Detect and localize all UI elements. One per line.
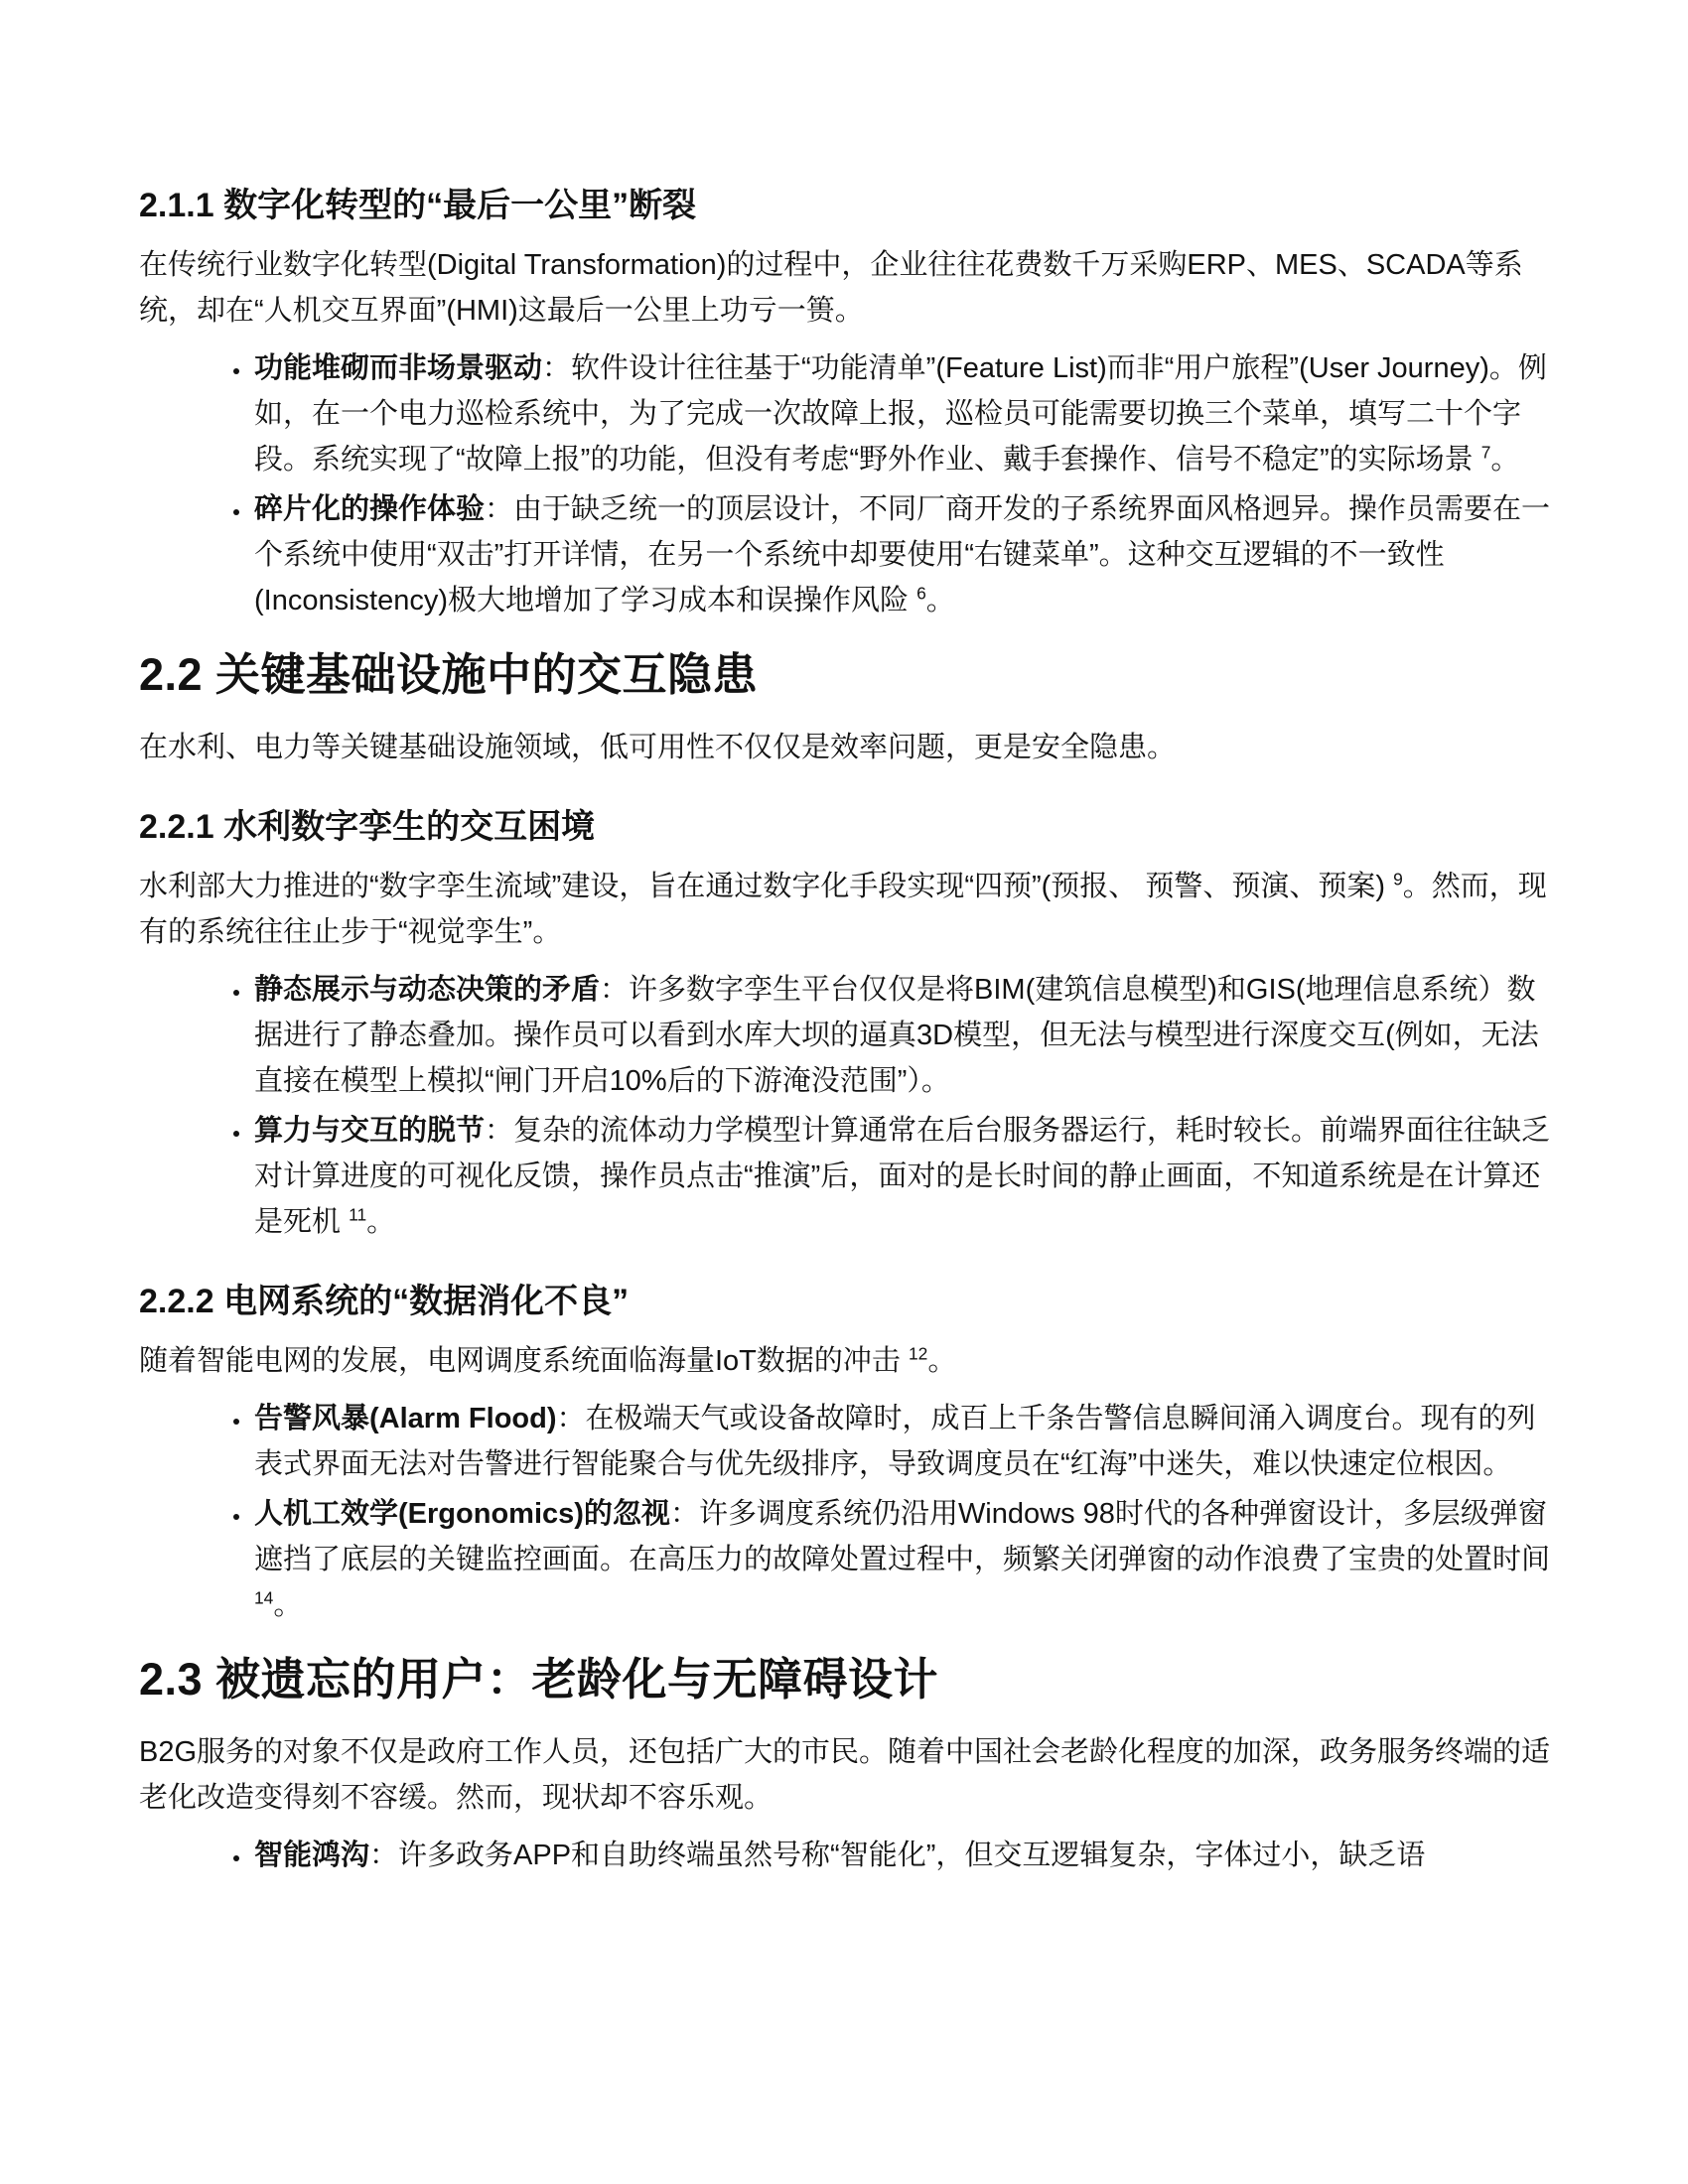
list-item: 告警风暴(Alarm Flood)：在极端天气或设备故障时，成百上千条告警信息瞬…: [252, 1396, 1551, 1487]
bold-text-segment: 静态展示与动态决策的矛盾: [254, 974, 600, 1006]
heading-2-3: 2.3 被遗忘的用户：老龄化与无障碍设计: [139, 1652, 1551, 1707]
document-page: 2.1.1 数字化转型的“最后一公里”断裂 在传统行业数字化转型(Digital…: [0, 0, 1688, 2184]
bold-text-segment: Alarm Flood: [379, 1403, 547, 1434]
paragraph-2-2: 在水利、电力等关键基础设施领域，低可用性不仅仅是效率问题，更是安全隐患。: [139, 725, 1551, 770]
bold-text-segment: 功能堆砌而非场景驱动: [254, 352, 542, 384]
list-item: 人机工效学(Ergonomics)的忽视：许多调度系统仍沿用Windows 98…: [252, 1491, 1551, 1628]
list-item: 碎片化的操作体验：由于缺乏统一的顶层设计，不同厂商开发的子系统界面风格迥异。操作…: [252, 486, 1551, 623]
bullet-list-2-2-2: 告警风暴(Alarm Flood)：在极端天气或设备故障时，成百上千条告警信息瞬…: [139, 1396, 1551, 1628]
text-segment: 。: [366, 1206, 395, 1238]
superscript-citation: 6: [916, 583, 926, 603]
bullet-list-2-1-1: 功能堆砌而非场景驱动：软件设计往往基于“功能清单”(Feature List)而…: [139, 345, 1551, 623]
text-segment: 在水利、电力等关键基础设施领域，低可用性不仅仅是效率问题，更是安全隐患。: [139, 732, 1176, 763]
paragraph-2-1-1: 在传统行业数字化转型(Digital Transformation)的过程中，企…: [139, 242, 1551, 334]
bullet-list-2-2-1: 静态展示与动态决策的矛盾：许多数字孪生平台仅仅是将BIM(建筑信息模型)和GIS…: [139, 967, 1551, 1245]
superscript-citation: 14: [254, 1587, 273, 1607]
list-item: 功能堆砌而非场景驱动：软件设计往往基于“功能清单”(Feature List)而…: [252, 345, 1551, 482]
list-item: 智能鸿沟：许多政务APP和自助终端虽然号称“智能化”，但交互逻辑复杂，字体过小，…: [252, 1833, 1551, 1878]
text-segment: ：许多政务APP和自助终端虽然号称“智能化”，但交互逻辑复杂，字体过小，缺乏语: [369, 1840, 1425, 1871]
text-segment: 。: [1490, 444, 1519, 476]
bold-text-segment: 智能鸿沟: [254, 1840, 369, 1871]
heading-2-2-1: 2.2.1 水利数字孪生的交互困境: [139, 806, 1551, 848]
heading-2-2: 2.2 关键基础设施中的交互隐患: [139, 647, 1551, 703]
paragraph-2-2-1: 水利部大力推进的“数字孪生流域”建设，旨在通过数字化手段实现“四预”(预报、 预…: [139, 864, 1551, 955]
heading-2-2-2: 2.2.2 电网系统的“数据消化不良”: [139, 1281, 1551, 1322]
bold-text-segment: 算力与交互的脱节: [254, 1115, 485, 1147]
text-segment: 。: [926, 585, 955, 616]
text-segment: 随着智能电网的发展，电网调度系统面临海量IoT数据的冲击: [139, 1345, 909, 1377]
paragraph-2-2-2: 随着智能电网的发展，电网调度系统面临海量IoT数据的冲击 12。: [139, 1338, 1551, 1384]
text-segment: 水利部大力推进的“数字孪生流域”建设，旨在通过数字化手段实现“四预”(预报、 预…: [139, 871, 1393, 902]
bold-text-segment: Ergonomics: [408, 1498, 575, 1530]
text-segment: 。: [273, 1589, 302, 1621]
text-segment: 。: [927, 1345, 956, 1377]
bold-text-segment: )的忽视: [574, 1498, 670, 1530]
list-item: 算力与交互的脱节：复杂的流体动力学模型计算通常在后台服务器运行，耗时较长。前端界…: [252, 1108, 1551, 1245]
bold-text-segment: 碎片化的操作体验: [254, 493, 485, 525]
text-segment: 在传统行业数字化转型(Digital Transformation)的过程中，企…: [139, 249, 1523, 327]
bullet-list-2-3: 智能鸿沟：许多政务APP和自助终端虽然号称“智能化”，但交互逻辑复杂，字体过小，…: [139, 1833, 1551, 1878]
bold-text-segment: 告警风暴(: [254, 1403, 379, 1434]
bold-text-segment: ): [547, 1403, 557, 1434]
text-segment: B2G服务的对象不仅是政府工作人员，还包括广大的市民。随着中国社会老龄化程度的加…: [139, 1736, 1550, 1814]
bold-text-segment: 人机工效学(: [254, 1498, 408, 1530]
list-item: 静态展示与动态决策的矛盾：许多数字孪生平台仅仅是将BIM(建筑信息模型)和GIS…: [252, 967, 1551, 1104]
superscript-citation: 7: [1481, 442, 1491, 462]
superscript-citation: 11: [349, 1204, 366, 1224]
heading-2-1-1: 2.1.1 数字化转型的“最后一公里”断裂: [139, 185, 1551, 226]
superscript-citation: 9: [1393, 869, 1403, 888]
superscript-citation: 12: [909, 1343, 927, 1363]
paragraph-2-3: B2G服务的对象不仅是政府工作人员，还包括广大的市民。随着中国社会老龄化程度的加…: [139, 1729, 1551, 1821]
